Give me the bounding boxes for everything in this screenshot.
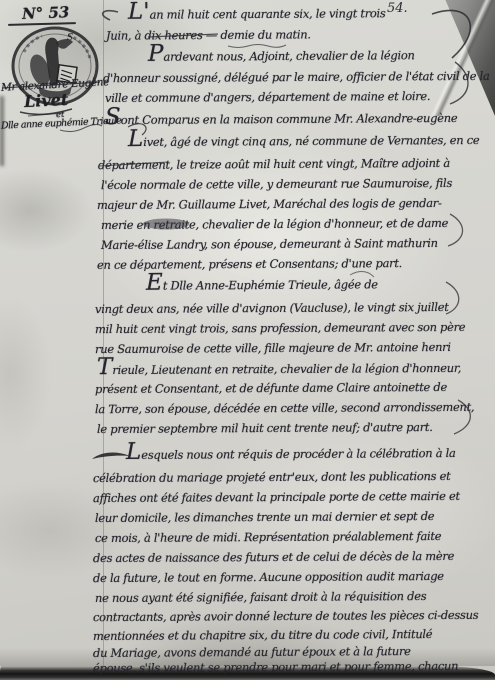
manuscript-line: Lesquels nous ont réquis de procéder à l… [126, 445, 456, 462]
manuscript-line: leur domicile, les dimanches trente un m… [95, 509, 434, 525]
manuscript-line: rue Saumuroise de cette ville, fille maj… [95, 340, 451, 356]
manuscript-line: présent et Consentant, et de défunte dam… [95, 380, 447, 396]
manuscript-line: d'honneur soussigné, délégué par le mair… [103, 69, 490, 85]
manuscript-line: majeur de Mr. Guillaume Livet, Maréchal … [97, 196, 442, 212]
act-number: N° 53 [22, 3, 70, 23]
manuscript-line: affiches ont été faites devant la princi… [93, 489, 460, 505]
manuscript-line: la Torre, son épouse, décédée en cette v… [95, 400, 474, 416]
manuscript-line: Sont Comparus en la maison commune Mr. A… [105, 110, 457, 127]
manuscript-line: des actes de naissance des futurs et de … [93, 549, 454, 565]
manuscript-line: du Mariage, avons demandé au futur époux… [93, 644, 411, 660]
manuscript-line: mil huit cent vingt trois, sans professi… [95, 320, 465, 336]
manuscript-line: Pardevant nous, Adjoint, chevalier de la… [148, 47, 415, 64]
manuscript-line: le premier septembre mil huit cent trent… [97, 420, 433, 436]
manuscript-line: Et Dlle Anne-Euphémie Trieule, âgée de [146, 276, 378, 292]
svg-text:S: S [67, 33, 73, 43]
margin-note-groom-surname: Livet [24, 90, 69, 111]
page-corner-fold [428, 0, 495, 116]
manuscript-line: département, le treize août mil huit cen… [98, 156, 450, 172]
manuscript-line: vingt deux ans, née ville d'avignon (Vau… [95, 300, 449, 316]
scanned-register-page: N° 53 54. S Mr alexandre Eugène Livet et… [0, 0, 495, 680]
manuscript-line: en ce département, présens et Consentans… [97, 256, 402, 272]
manuscript-line: merie en retraite, chevalier de la légio… [101, 216, 448, 232]
manuscript-line: ne nous ayant été signifiée, faisant dro… [95, 589, 426, 605]
page-number: 54. [387, 1, 408, 16]
manuscript-line: Juin, à dix heures — demie du matin. [106, 27, 311, 42]
manuscript-line: Trieule, Lieutenant en retraite, chevali… [97, 360, 461, 377]
manuscript-line: épouse, s'ils veulent se prendre pour ma… [93, 659, 458, 675]
manuscript-line: mentionnées et du chapitre six, du titre… [93, 627, 432, 643]
manuscript-line: célébration du mariage projeté entr'eux,… [93, 469, 451, 485]
manuscript-line: l'école normale de cette ville, y demeur… [101, 176, 452, 192]
manuscript-line: Marie-élise Landry, son épouse, demeuran… [101, 236, 438, 252]
manuscript-line: de la future, le tout en forme. Aucune o… [93, 569, 444, 585]
manuscript-line: Livet, âgé de vingt cinq ans, né commune… [128, 132, 479, 149]
manuscript-line: contractants, après avoir donné lecture … [93, 608, 478, 624]
manuscript-line: ville et commune d'angers, département d… [105, 89, 430, 105]
manuscript-line: L'an mil huit cent quarante six, le ving… [128, 5, 386, 22]
manuscript-line: ce mois, à l'heure de midi. Représentati… [95, 529, 441, 545]
